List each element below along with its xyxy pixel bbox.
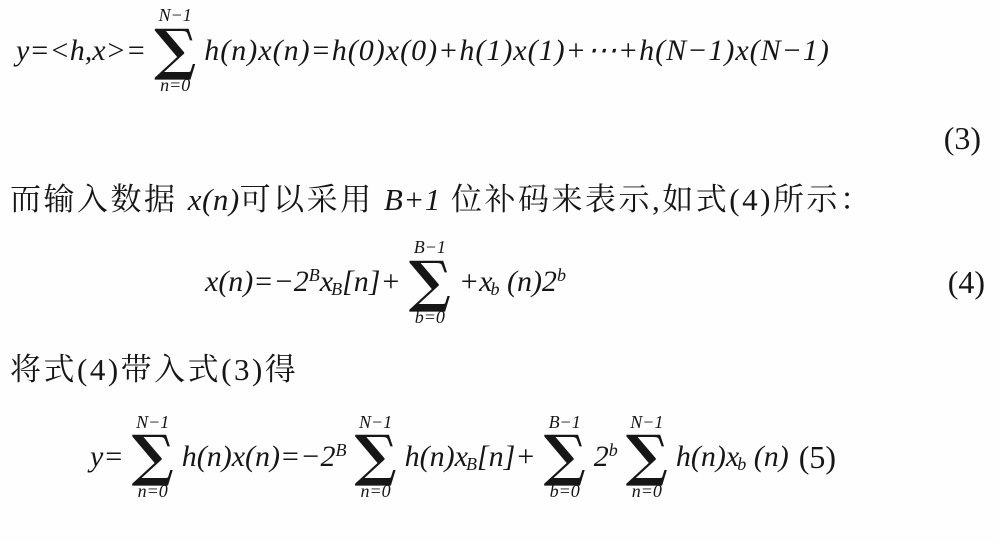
paragraph-1: 而输入数据 x(n)可以采用 B+1 位补码来表示,如式(4)所示： bbox=[0, 181, 999, 218]
eq5-sum1-lower-limit: n=0 bbox=[138, 482, 168, 502]
sigma-symbol: ∑ bbox=[544, 432, 586, 482]
paragraph-2: 将式(4)带入式(3)得 bbox=[0, 351, 999, 388]
equation-5: y= N−1 ∑ n=0 h(n)x(n)=−2B N−1 ∑ n=0 h(n)… bbox=[0, 413, 999, 503]
paragraph-2-text: 将式(4)带入式(3)得 bbox=[10, 352, 298, 387]
scanned-paper-page: y=<h,x>= N−1 ∑ n=0 h(n)x(n)=h(0)x(0)+h(1… bbox=[0, 0, 999, 541]
equation-5-number: (5) bbox=[799, 439, 836, 476]
paragraph-1-text: 而输入数据 bbox=[10, 182, 188, 217]
sigma-symbol: ∑ bbox=[409, 258, 451, 308]
eq4-sum-lower-limit: b=0 bbox=[415, 308, 445, 328]
eq5-mid3-base: 2 bbox=[594, 440, 609, 473]
sigma-symbol: ∑ bbox=[355, 432, 397, 482]
paragraph-1-math-b1: B+1 bbox=[384, 182, 441, 217]
eq4-bracket-n: [n]+ bbox=[342, 265, 401, 298]
eq5-mid2-bracket: [n]+ bbox=[477, 440, 536, 473]
eq3-summation: N−1 ∑ n=0 bbox=[154, 6, 196, 96]
eq5-tail-paren: (n) bbox=[746, 440, 788, 473]
equation-4-number: (4) bbox=[948, 264, 985, 301]
eq5-exponent-B: B bbox=[336, 441, 347, 461]
eq4-sub-B: B bbox=[331, 279, 342, 299]
eq4-exponent-b: b bbox=[557, 265, 566, 285]
eq5-summation-1: N−1 ∑ n=0 bbox=[132, 413, 174, 503]
eq5-mid-3: 2b bbox=[594, 440, 618, 474]
eq5-sum3-lower-limit: b=0 bbox=[550, 482, 580, 502]
sigma-symbol: ∑ bbox=[154, 26, 196, 76]
eq5-mid-1: h(n)x(n)=−2B bbox=[182, 440, 347, 474]
eq5-sub-B: B bbox=[466, 454, 477, 474]
eq5-summation-4: N−1 ∑ n=0 bbox=[626, 413, 668, 503]
eq5-mid1-base: h(n)x(n)=−2 bbox=[182, 440, 336, 473]
eq3-body: h(n)x(n)=h(0)x(0)+h(1)x(1)+⋯+h(N−1)x(N−1… bbox=[204, 33, 830, 68]
eq3-lhs: y=<h,x>= bbox=[16, 34, 146, 68]
eq5-summation-3: B−1 ∑ b=0 bbox=[544, 413, 586, 503]
equation-3-number-line: (3) bbox=[0, 120, 999, 157]
paragraph-1-math-xn: x(n) bbox=[188, 182, 240, 217]
eq3-sum-lower-limit: n=0 bbox=[160, 76, 190, 96]
eq5-sum4-lower-limit: n=0 bbox=[632, 482, 662, 502]
eq4-exponent-B: B bbox=[309, 265, 320, 285]
paragraph-1-text-2: 可以采用 bbox=[240, 182, 384, 217]
eq5-summation-2: N−1 ∑ n=0 bbox=[355, 413, 397, 503]
eq5-mid2-base: h(n)x bbox=[405, 440, 468, 473]
eq4-post-mid: (n)2 bbox=[499, 265, 556, 298]
eq4-pre-base: x(n)=−2 bbox=[205, 265, 309, 298]
paragraph-1-text-3: 位补码来表示,如式(4)所示： bbox=[441, 182, 874, 217]
sigma-symbol: ∑ bbox=[132, 432, 174, 482]
eq4-post-plus: +x bbox=[459, 265, 493, 298]
eq5-tail: h(n)xb (n) bbox=[676, 440, 789, 475]
equation-3: y=<h,x>= N−1 ∑ n=0 h(n)x(n)=h(0)x(0)+h(1… bbox=[0, 0, 999, 96]
eq5-tail-sub-b: b bbox=[737, 454, 746, 474]
eq5-lhs: y= bbox=[90, 440, 124, 474]
equation-4: x(n)=−2BxB[n]+ B−1 ∑ b=0 +xb (n)2b (4) bbox=[0, 238, 999, 328]
eq4-summation: B−1 ∑ b=0 bbox=[409, 238, 451, 328]
eq5-sum2-lower-limit: n=0 bbox=[361, 482, 391, 502]
eq5-tail-base: h(n)x bbox=[676, 440, 739, 473]
equation-3-number: (3) bbox=[944, 120, 981, 156]
eq4-rhs: +xb (n)2b bbox=[459, 265, 566, 300]
sigma-symbol: ∑ bbox=[626, 432, 668, 482]
eq4-lhs: x(n)=−2BxB[n]+ bbox=[205, 265, 401, 300]
eq5-exponent-b: b bbox=[609, 441, 618, 461]
eq5-mid-2: h(n)xB[n]+ bbox=[405, 440, 536, 475]
